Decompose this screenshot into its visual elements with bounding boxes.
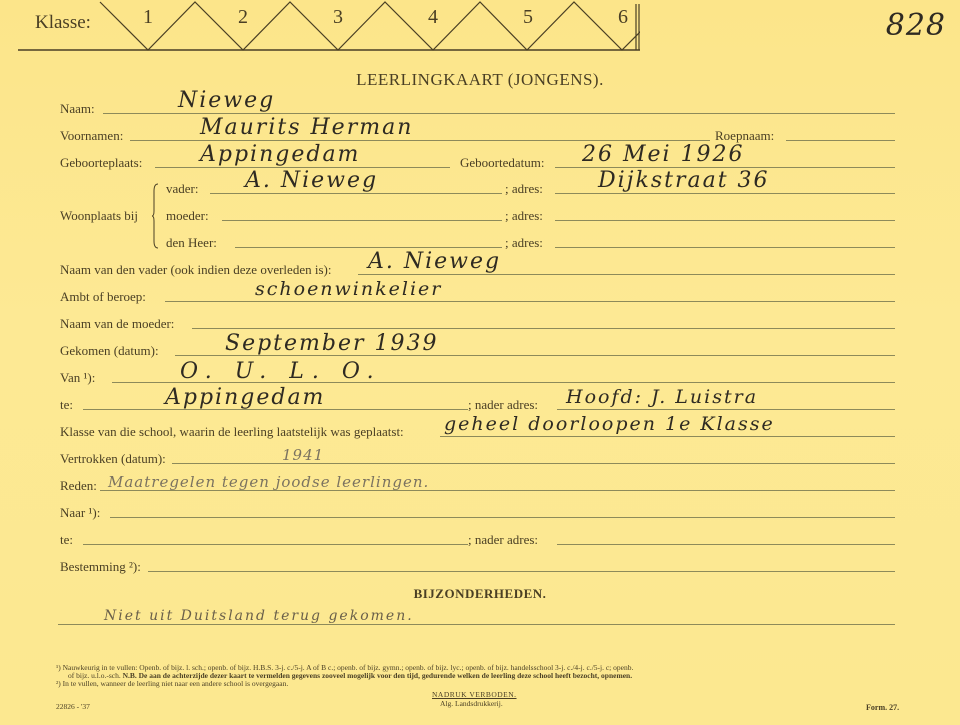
reden-label: Reden: (60, 478, 97, 494)
moeder-adres-line[interactable] (555, 220, 895, 221)
brace-icon (152, 183, 160, 249)
van-label: Van ¹): (60, 370, 95, 386)
naar-line[interactable] (110, 517, 895, 518)
vertrokken-line (172, 463, 895, 464)
moeder-line[interactable] (222, 220, 502, 221)
nader-adres2-label: ; nader adres: (468, 532, 538, 548)
gekomen-label: Gekomen (datum): (60, 343, 159, 359)
den-heer-adres-line[interactable] (555, 247, 895, 248)
klasse-option-6[interactable]: 6 (618, 6, 628, 29)
bestemming-line[interactable] (148, 571, 895, 572)
naam-line (103, 113, 895, 114)
naam-vader-value[interactable]: A. Nieweg (368, 249, 501, 274)
moeder-adres-label: ; adres: (505, 208, 543, 224)
vader-adres-label: ; adres: (505, 181, 543, 197)
klasse-school-line (440, 436, 895, 437)
bijzonderheden-line (58, 624, 895, 625)
den-heer-adres-label: ; adres: (505, 235, 543, 251)
vader-adres-value[interactable]: Dijkstraat 36 (598, 168, 770, 193)
roepnaam-line[interactable] (786, 140, 895, 141)
footnote-2: ²) In te vullen, wanneer de leerling nie… (56, 680, 288, 688)
vertrokken-value[interactable]: 1941 (282, 446, 324, 464)
den-heer-label: den Heer: (166, 235, 217, 251)
te2-line[interactable] (83, 544, 468, 545)
woonplaats-bij-label: Woonplaats bij (60, 208, 138, 224)
bestemming-label: Bestemming ²): (60, 559, 141, 575)
nader-adres-value[interactable]: Hoofd: J. Luistra (566, 386, 758, 408)
naam-vader-line (358, 274, 895, 275)
klasse-option-1[interactable]: 1 (143, 6, 153, 29)
vader-adres-line (555, 193, 895, 194)
nader-adres2-line[interactable] (557, 544, 895, 545)
te-label: te: (60, 397, 73, 413)
geboortedatum-label: Geboortedatum: (460, 155, 544, 171)
ambt-label: Ambt of beroep: (60, 289, 146, 305)
student-record-card: Klasse: 1 2 3 4 5 6 828 LEERLINGKAART (J… (0, 0, 960, 725)
naam-moeder-label: Naam van de moeder: (60, 316, 174, 332)
nader-adres-label: ; nader adres: (468, 397, 538, 413)
bijzonderheden-title: BIJZONDERHEDEN. (0, 586, 960, 602)
van-value[interactable]: O. U. L. O. (180, 359, 382, 384)
page-title: LEERLINGKAART (JONGENS). (0, 70, 960, 90)
vader-label: vader: (166, 181, 198, 197)
moeder-label: moeder: (166, 208, 209, 224)
te2-label: te: (60, 532, 73, 548)
geboorteplaats-value[interactable]: Appingedam (200, 142, 360, 167)
naam-vader-label: Naam van den vader (ook indien deze over… (60, 262, 331, 278)
naar-label: Naar ¹): (60, 505, 100, 521)
bijzonderheden-value[interactable]: Niet uit Duitsland terug gekomen. (104, 608, 414, 624)
klasse-option-4[interactable]: 4 (428, 6, 438, 29)
klasse-option-5[interactable]: 5 (523, 6, 533, 29)
voornamen-line (130, 140, 710, 141)
card-number: 828 (886, 8, 946, 43)
nadruk-verboden: NADRUK VERBODEN. (432, 691, 517, 699)
ambt-line (165, 301, 895, 302)
reden-value[interactable]: Maatregelen tegen joodse leerlingen. (108, 473, 429, 491)
gekomen-value[interactable]: September 1939 (225, 331, 439, 356)
geboorteplaats-label: Geboorteplaats: (60, 155, 142, 171)
vertrokken-label: Vertrokken (datum): (60, 451, 166, 467)
vader-value[interactable]: A. Nieweg (245, 168, 378, 193)
klasse-zigzag-box (0, 0, 640, 56)
geboortedatum-value[interactable]: 26 Mei 1926 (582, 142, 745, 167)
te-value[interactable]: Appingedam (165, 385, 325, 410)
nader-adres-line (557, 409, 895, 410)
drukkerij: Alg. Landsdrukkerij. (440, 700, 503, 708)
klasse-school-value[interactable]: geheel doorloopen 1e Klasse (444, 413, 775, 435)
vader-line (210, 193, 502, 194)
klasse-option-2[interactable]: 2 (238, 6, 248, 29)
naam-value[interactable]: Nieweg (178, 88, 275, 113)
voornamen-label: Voornamen: (60, 128, 123, 144)
print-code: 22826 - '37 (56, 703, 90, 711)
form-number: Form. 27. (866, 704, 899, 712)
klasse-school-label: Klasse van die school, waarin de leerlin… (60, 424, 404, 440)
klasse-option-3[interactable]: 3 (333, 6, 343, 29)
ambt-value[interactable]: schoenwinkelier (255, 278, 442, 300)
naam-moeder-line[interactable] (192, 328, 895, 329)
voornamen-value[interactable]: Maurits Herman (200, 115, 413, 140)
den-heer-line[interactable] (235, 247, 502, 248)
naam-label: Naam: (60, 101, 95, 117)
